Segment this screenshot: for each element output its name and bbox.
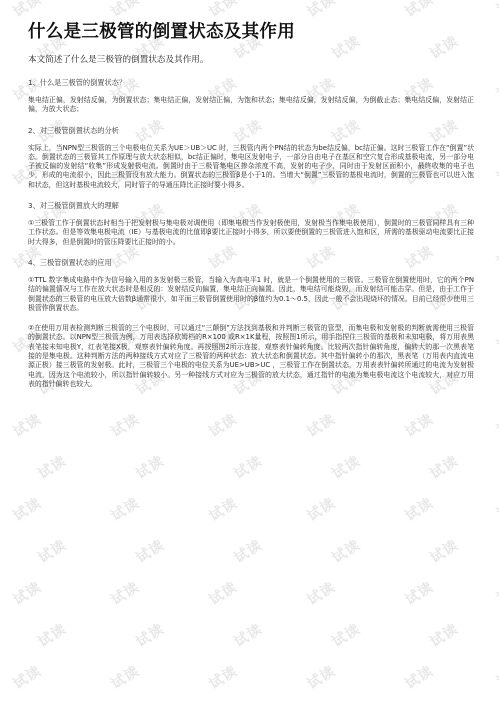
watermark-text: 试读 [230,535,266,568]
section-heading: 1、什么是三极管的倒置状态？ [28,78,479,88]
document-title: 什么是三极管的倒置状态及其作用 [28,20,479,44]
watermark-text: 试读 [401,409,437,442]
section-heading: 3、对三极管倒置放大的理解 [28,201,479,211]
watermark-text: 试读 [132,619,168,652]
watermark-text: 试读 [132,451,168,484]
watermark-text: 试读 [401,493,437,526]
watermark-text: 试读 [303,577,339,610]
watermark-text: 试读 [34,535,70,568]
watermark-text: 试读 [9,493,45,526]
watermark-text: 试读 [426,535,462,568]
section-4: 4、三极管倒置状态的应用 ①TTL 数字集成电路中作为信号输入用的多发射极三极管… [28,258,479,389]
watermark-text: 试读 [303,493,339,526]
watermark-text: 试读 [328,619,364,652]
watermark-text: 试读 [205,577,241,610]
paragraph: 集电结正偏，发射结反偏，为倒置状态；集电结正偏，发射结正偏，为饱和状态；集电结反… [28,96,474,115]
watermark-text: 试读 [426,619,462,652]
section-heading: 4、三极管倒置状态的应用 [28,258,479,268]
watermark-text: 试读 [9,661,45,694]
watermark-text: 试读 [328,535,364,568]
watermark-text: 试读 [493,582,499,624]
watermark-text: 试读 [205,661,241,694]
watermark-text: 试读 [107,493,143,526]
watermark-text: 试读 [132,535,168,568]
watermark-text: 试读 [34,619,70,652]
section-3: 3、对三极管倒置放大的理解 ①三极管工作于倒置状态时相当于把发射极与集电极对调使… [28,201,479,247]
watermark-text: 试读 [205,409,241,442]
watermark-text: 试读 [230,451,266,484]
watermark-text: 试读 [9,577,45,610]
watermark-text: 试读 [34,451,70,484]
watermark-text: 试读 [9,409,45,442]
watermark-text: 试读 [230,619,266,652]
watermark-text: 试读 [205,493,241,526]
watermark-text: 试读 [328,451,364,484]
watermark-text: 试读 [107,661,143,694]
watermark-text: 试读 [493,498,499,540]
watermark-text: 试读 [426,451,462,484]
document-page: 什么是三极管的倒置状态及其作用 本文简述了什么是三极管的倒置状态及其作用。 1、… [0,0,499,389]
document-summary: 本文简述了什么是三极管的倒置状态及其作用。 [28,54,479,66]
watermark-text: 试读 [493,414,499,456]
watermark-text: 试读 [401,661,437,694]
watermark-text: 试读 [107,577,143,610]
section-1: 1、什么是三极管的倒置状态？ 集电结正偏，发射结反偏，为倒置状态；集电结正偏，发… [28,78,479,115]
watermark-text: 试读 [493,666,499,706]
paragraph: ①三极管工作于倒置状态时相当于把发射极与集电极对调使用（即集电极当作发射极使用，… [28,219,474,247]
watermark-text: 试读 [303,409,339,442]
watermark-text: 试读 [303,661,339,694]
watermark-text: 试读 [401,577,437,610]
paragraph: ①TTL 数字集成电路中作为信号输入用的多发射极三极管，当输入为高电平1 时，就… [28,276,474,313]
paragraph: ②在使用万用表检测判断三极管的三个电极时，可以通过“三颠倒”方法找到基极和并判断… [28,324,474,389]
watermark-text: 试读 [107,409,143,442]
section-heading: 2、对三极管倒置状态的分析 [28,126,479,136]
section-2: 2、对三极管倒置状态的分析 实际上，当NPN型三极管的三个电极电位关系为UE＞U… [28,126,479,190]
paragraph: 实际上，当NPN型三极管的三个电极电位关系为UE＞UB＞UC 时，三极管内两个P… [28,144,474,190]
